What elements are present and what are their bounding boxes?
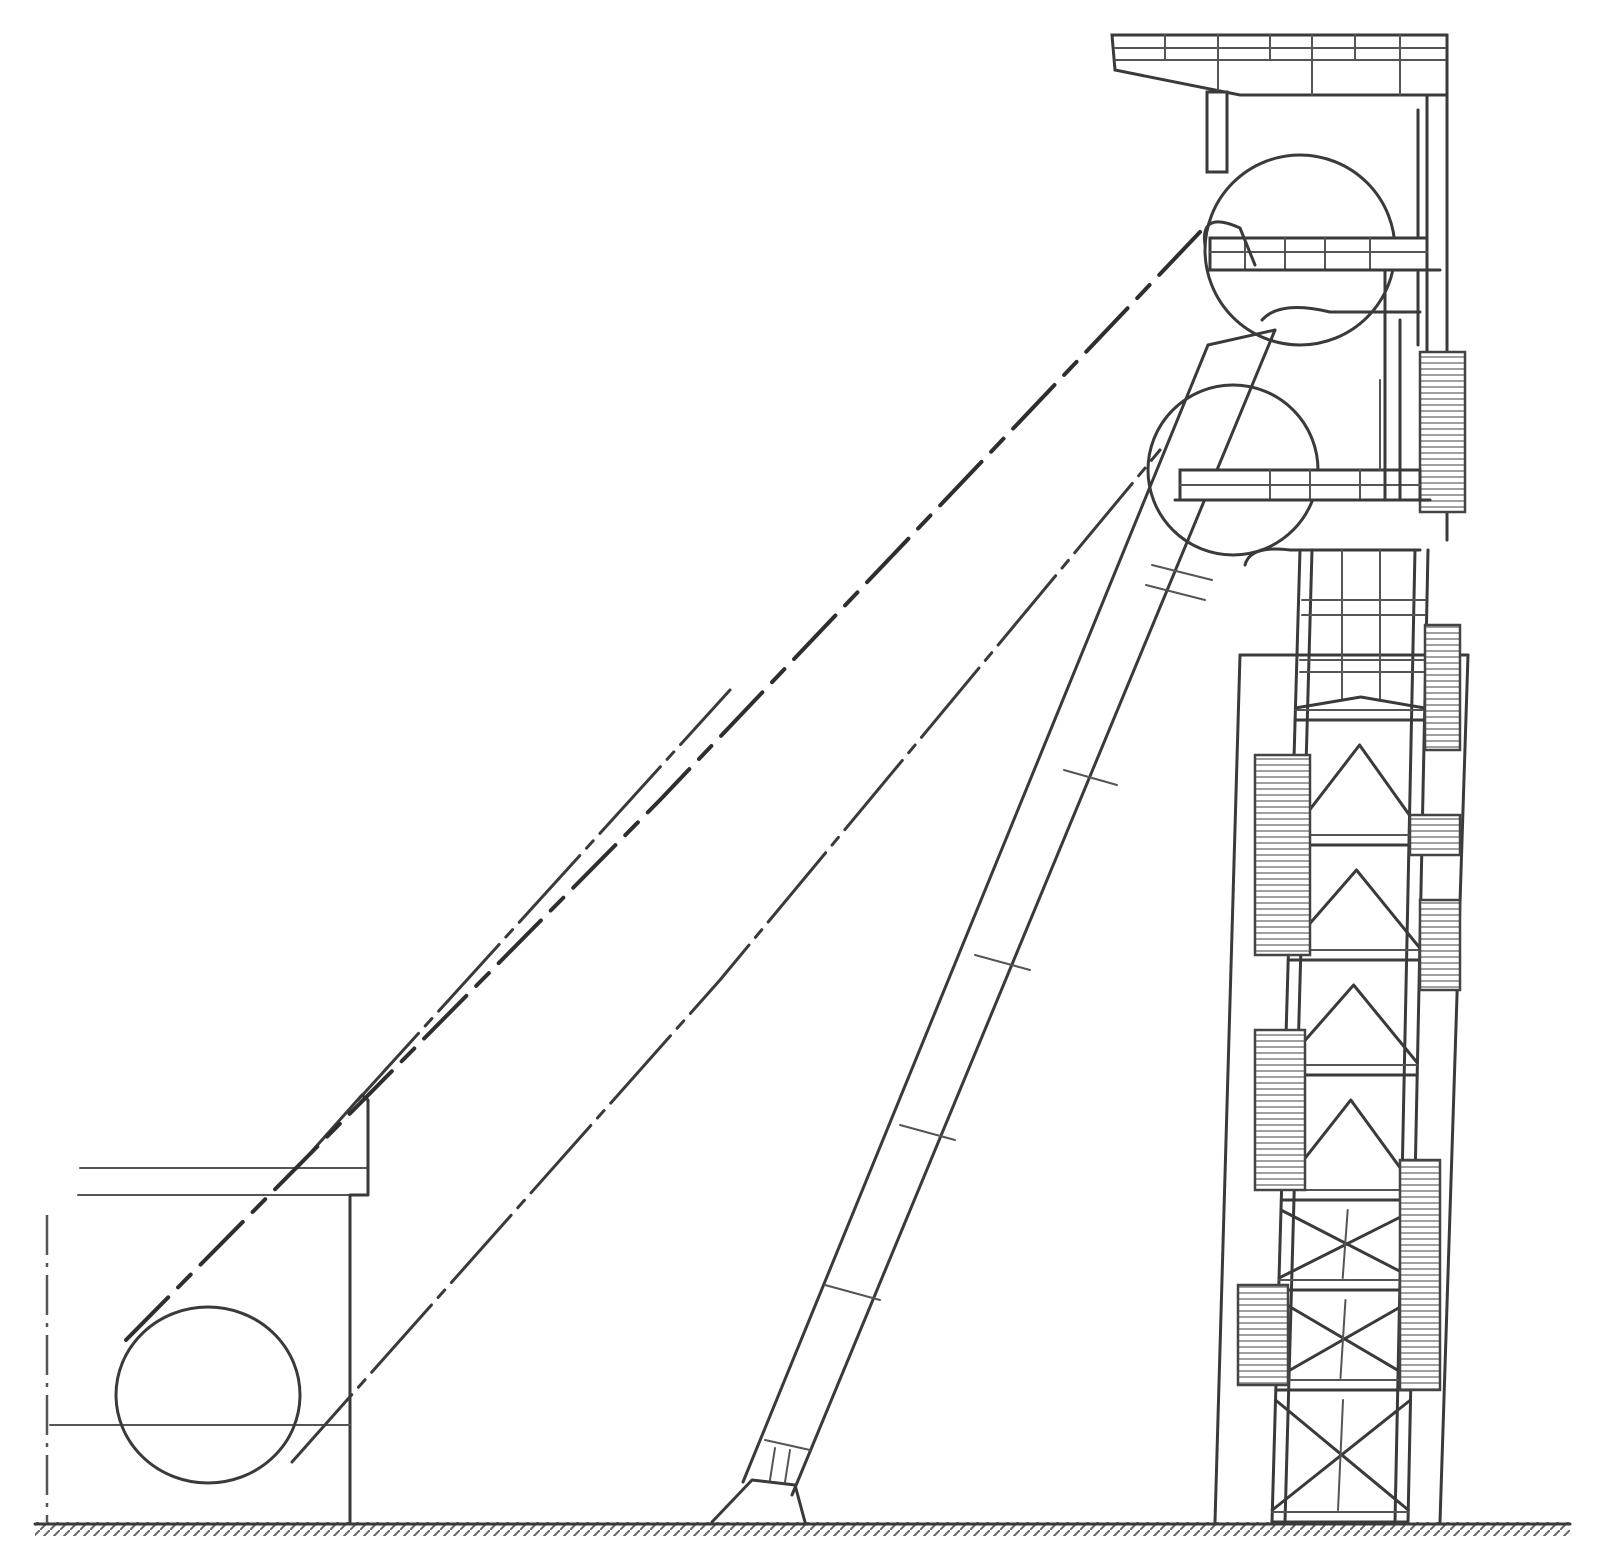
hoist-ropes	[126, 232, 1200, 1462]
side-panel	[1420, 352, 1465, 512]
back-leg	[712, 330, 1275, 1522]
ground-line	[35, 1522, 1570, 1536]
winding-drum	[116, 1307, 300, 1483]
headframe-drawing	[0, 0, 1600, 1566]
top-crown	[1112, 35, 1447, 540]
stair-landings	[1238, 625, 1460, 1390]
